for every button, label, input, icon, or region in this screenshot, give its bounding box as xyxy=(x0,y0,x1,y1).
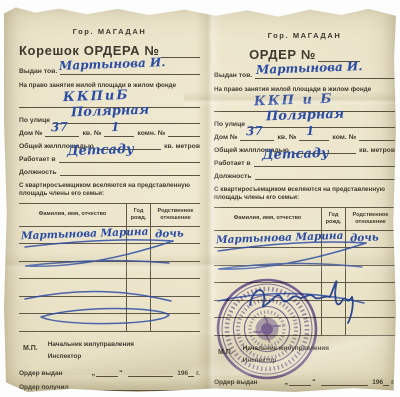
stub-received-line xyxy=(72,383,200,391)
stub-title-blank-line xyxy=(161,50,200,58)
stub-works-line xyxy=(59,155,200,163)
stub-works-label: Работает в xyxy=(19,156,56,163)
order-issued-to-line xyxy=(255,71,395,79)
stub-table-row-1: Мартынова Марина дочь xyxy=(19,227,200,245)
stub-street-line xyxy=(53,116,200,124)
stub-position-line xyxy=(60,168,201,176)
stub-area-row: Общей жилплощадью кв. метров xyxy=(19,142,200,150)
order-position-row: Должность xyxy=(214,172,395,180)
order-street-row: По улице Полярная xyxy=(214,120,395,128)
order-fund-row: ККП и Б xyxy=(214,104,395,112)
stub-order-issued-row: Ордер выдан „ “ 196 г. xyxy=(19,369,200,377)
order-signatures-block: М.П. Начальник жилуправления Инспектор xyxy=(214,343,395,367)
order-issued-to-row: Выдан тов. Мартынова И. xyxy=(214,71,395,79)
stub-entitlement-text: На право занятия жилой площади в жилом ф… xyxy=(19,82,200,90)
stub-order-received-row: Ордер получил xyxy=(19,383,200,391)
stub-family-table: Фамилия, имя, отчество Год рожд. Родстве… xyxy=(19,203,200,332)
order-table-row-5 xyxy=(214,301,395,319)
stub-header-relation: Родственное отношение xyxy=(150,204,200,227)
order-works-line xyxy=(254,159,395,167)
order-header-name: Фамилия, имя, отчество xyxy=(214,208,321,231)
order-family-intro: С квартиросъемщиком вселяются на предста… xyxy=(214,186,395,202)
order-table-header-row: Фамилия, имя, отчество Год рожд. Родстве… xyxy=(214,208,395,231)
order-inspector-label: Инспектор xyxy=(243,355,329,367)
order-table-row-1: Мартынова Марина дочь xyxy=(214,231,395,249)
order-area-row: Общей жилплощадью кв. метров xyxy=(214,146,395,154)
stub-room-line xyxy=(168,129,200,137)
stub-fund-line xyxy=(19,100,200,108)
order-title: ОРДЕР № xyxy=(214,47,395,62)
order-order-issued-label: Ордер выдан xyxy=(214,379,258,386)
scanned-document-paper: Гор. МАГАДАН Корешок ОРДЕРА № Выдан тов.… xyxy=(4,5,396,392)
order-header-year: Год рожд. xyxy=(321,208,345,231)
stub-area-units-label: кв. метров xyxy=(164,143,200,150)
stub-room-label: комн. № xyxy=(137,130,165,137)
stub-issued-to-line xyxy=(60,67,200,75)
stub-title-text: Корешок ОРДЕРА № xyxy=(19,43,159,58)
order-chief-label: Начальник жилуправления xyxy=(243,343,329,355)
order-section: Гор. МАГАДАН ОРДЕР № Выдан тов. Мартынов… xyxy=(214,23,395,397)
order-room-label: ком. № xyxy=(332,134,356,141)
order-table-row-2 xyxy=(214,248,395,266)
order-year-prefix: 196 xyxy=(372,379,383,386)
order-issued-to-label: Выдан тов. xyxy=(214,72,252,79)
order-apartment-line xyxy=(299,133,329,141)
stub-fund-row: ККПиБ xyxy=(19,100,200,108)
order-house-label: Дом № xyxy=(214,134,237,141)
order-member-relation-handwriting: дочь xyxy=(350,231,379,244)
stub-street-label: По улице xyxy=(19,117,50,124)
stub-table-header-row: Фамилия, имя, отчество Год рожд. Родстве… xyxy=(19,204,200,227)
order-day-line xyxy=(289,378,311,386)
stub-issued-to-label: Выдан тов. xyxy=(19,68,57,75)
stub-area-line xyxy=(97,142,161,150)
order-position-label: Должность xyxy=(214,173,252,180)
order-works-label: Работает в xyxy=(214,160,251,167)
order-area-units-label: кв. метров xyxy=(359,147,395,154)
stub-quote-open: „ xyxy=(92,370,96,377)
stub-apartment-label: кв. № xyxy=(82,130,101,137)
stub-house-label: Дом № xyxy=(19,130,42,137)
stub-table-row-6 xyxy=(19,314,200,332)
order-house-row: Дом № кв. № ком. № 37 1 xyxy=(214,133,395,141)
order-fund-line xyxy=(214,104,395,112)
order-stub-section: Гор. МАГАДАН Корешок ОРДЕРА № Выдан тов.… xyxy=(19,19,200,397)
order-area-line xyxy=(292,146,356,154)
stub-position-row: Должность xyxy=(19,168,200,176)
order-family-table: Фамилия, имя, отчество Год рожд. Родстве… xyxy=(214,207,395,336)
stub-table-row-3 xyxy=(19,262,200,280)
stub-year-suffix: г. xyxy=(196,370,200,377)
stub-month-line xyxy=(128,369,174,377)
order-quote-close: “ xyxy=(312,379,316,386)
order-entitlement-text: На право занятия жилой площади в жилом ф… xyxy=(214,86,395,94)
stub-house-row: Дом № кв. № комн. № 37 1 xyxy=(19,129,200,137)
stub-area-label: Общей жилплощадью xyxy=(19,143,94,150)
stub-quote-close: “ xyxy=(119,370,123,377)
stub-year-prefix: 196 xyxy=(177,370,188,377)
order-seal-placeholder-label: М.П. xyxy=(218,349,233,356)
order-room-line xyxy=(359,133,395,141)
order-table-row-3 xyxy=(214,266,395,284)
order-order-issued-row: Ордер выдан „ “ 196 г. xyxy=(214,378,395,386)
order-area-label: Общей жилплощадью xyxy=(214,147,289,154)
order-validity-text: Ордер действителен в течение 5 дней. xyxy=(214,393,395,397)
order-street-line xyxy=(248,120,395,128)
stub-city-heading: Гор. МАГАДАН xyxy=(19,27,200,36)
stub-member-relation-handwriting: дочь xyxy=(155,227,184,240)
stub-house-line xyxy=(45,129,79,137)
stub-works-row: Работает в Детсаду xyxy=(19,155,200,163)
order-works-row: Работает в Детсаду xyxy=(214,159,395,167)
order-apartment-label: кв. № xyxy=(277,134,296,141)
stub-table-row-5 xyxy=(19,297,200,315)
stub-apartment-line xyxy=(104,129,134,137)
order-title-text: ОРДЕР № xyxy=(249,47,316,62)
stub-order-issued-label: Ордер выдан xyxy=(19,370,63,377)
order-house-line xyxy=(240,133,274,141)
stub-signatures-block: М.П. Начальник жилуправления Инспектор xyxy=(19,339,200,363)
stub-inspector-label: Инспектор xyxy=(48,351,134,363)
order-year-suffix: г. xyxy=(391,379,395,386)
stub-position-label: Должность xyxy=(19,169,57,176)
order-title-blank-line xyxy=(318,54,360,62)
order-table-row-6 xyxy=(214,318,395,336)
order-city-heading: Гор. МАГАДАН xyxy=(214,31,395,40)
order-quote-open: „ xyxy=(285,379,289,386)
stub-title: Корешок ОРДЕРА № xyxy=(19,43,200,58)
stub-chief-label: Начальник жилуправления xyxy=(48,339,134,351)
order-table-row-4 xyxy=(214,283,395,301)
order-year-line xyxy=(383,378,389,386)
stub-header-year: Год рожд. xyxy=(126,204,150,227)
stub-table-row-4 xyxy=(19,279,200,297)
stub-street-row: По улице Полярная xyxy=(19,116,200,124)
stub-year-line xyxy=(188,369,194,377)
stub-header-name: Фамилия, имя, отчество xyxy=(19,204,126,227)
stub-seal-placeholder-label: М.П. xyxy=(23,345,38,352)
order-street-label: По улице xyxy=(214,121,245,128)
stub-order-received-label: Ордер получил xyxy=(19,384,69,391)
stub-issued-to-row: Выдан тов. Мартынова И. xyxy=(19,67,200,75)
stub-day-line xyxy=(96,369,118,377)
order-month-line xyxy=(321,378,369,386)
stub-family-intro: С квартиросъемщиком вселяются на предста… xyxy=(19,182,200,198)
order-position-line xyxy=(255,172,396,180)
order-header-relation: Родственное отношение xyxy=(345,208,395,231)
stub-table-row-2 xyxy=(19,244,200,262)
